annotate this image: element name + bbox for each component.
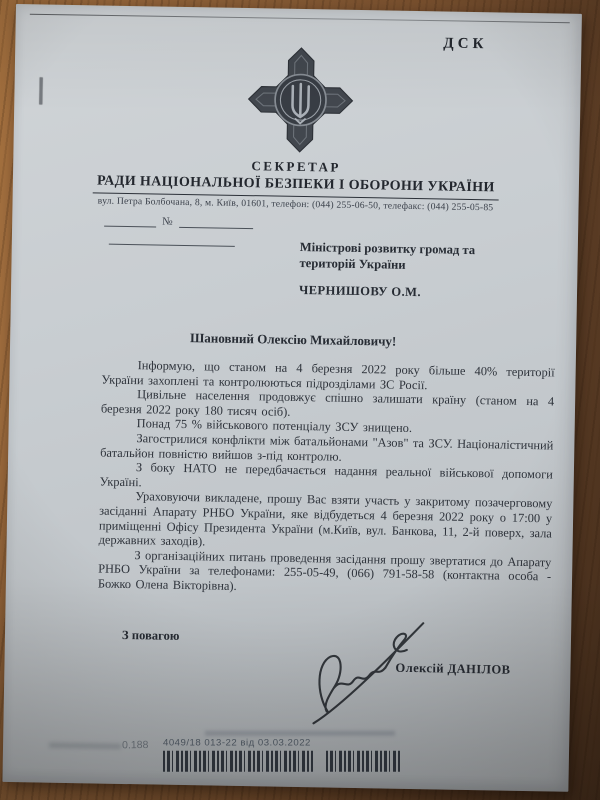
photo-of-letter: ДСК СЕКРЕТАР РАДИ НАЦІОНАЛЬНОЇ БЕЗПЕКИ І… [0,0,600,800]
barcode-segment [326,751,400,772]
classification-marking: ДСК [443,35,487,53]
letter-body: Інформую, що станом на 4 березня 2022 ро… [98,358,555,599]
date-blank [104,214,156,228]
body-paragraph: Ураховуючи викладене, прошу Вас взяти уч… [99,489,553,555]
reply-reference-line [109,232,235,247]
barcode-label: 4049/18 013-22 від 03.03.2022 [163,738,400,749]
faint-pencil-mark [49,743,121,749]
barcode [163,751,400,772]
reference-number-line: № [104,214,253,230]
recipient-line-2: територій України [299,255,475,274]
faint-number: 0.188 [122,739,148,751]
document-paper: ДСК СЕКРЕТАР РАДИ НАЦІОНАЛЬНОЇ БЕЗПЕКИ І… [2,4,581,792]
staple [39,77,42,104]
number-sign: № [162,216,173,228]
reply-blank [109,232,235,247]
body-paragraph: З організаційних питань проведення засід… [98,547,552,599]
photocopy-edge-line [30,14,570,23]
barcode-segment [163,751,313,772]
faint-stamp-text [205,731,395,736]
closing-phrase: З повагою [122,628,180,644]
registration-barcode-block: 4049/18 013-22 від 03.03.2022 [163,731,400,772]
signer-name: Олексій ДАНІЛОВ [395,661,510,678]
number-blank [179,215,253,229]
nsdc-emblem-icon [247,46,355,154]
salutation: Шановний Олексію Михайловичу! [10,327,576,353]
recipient-name: ЧЕРНИШОВУ О.М. [299,282,475,301]
recipient-block: Міністрові розвитку громад та територій … [299,239,475,301]
